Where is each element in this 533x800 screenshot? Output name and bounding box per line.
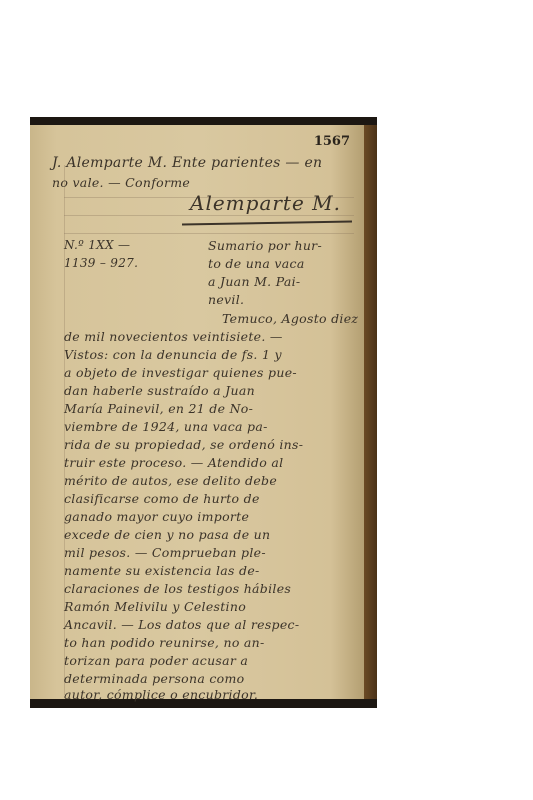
body-line: mil pesos. — Comprueban ple- [64, 545, 266, 560]
body-line: namente su existencia las de- [64, 563, 260, 578]
body-line: Vistos: con la denuncia de fs. 1 y [64, 347, 282, 362]
body-line: a objeto de investigar quienes pue- [64, 365, 297, 380]
signature: Alemparte M. [190, 191, 341, 215]
signature-underline [182, 221, 352, 225]
body-line: Temuco, Agosto diez [222, 311, 358, 326]
ledger-page: 1567 J. Alemparte M. Ente parientes — en… [30, 125, 364, 699]
body-line: María Painevil, en 21 de No- [64, 401, 253, 416]
body-line: ganado mayor cuyo importe [64, 509, 249, 524]
body-line: determinada persona como [64, 671, 244, 686]
body-line: excede de cien y no pasa de un [64, 527, 270, 542]
body-line: dan haberle sustraído a Juan [64, 383, 255, 398]
summary-line: a Juan M. Pai- [208, 274, 300, 289]
body-line: truir este proceso. — Atendido al [64, 455, 283, 470]
body-line: de mil novecientos veintisiete. — [64, 329, 283, 344]
body-line: rida de su propiedad, se ordenó ins- [64, 437, 303, 452]
body-line: Ancavil. — Los datos que al respec- [64, 617, 299, 632]
body-line: Ramón Melivilu y Celestino [64, 599, 246, 614]
body-line: torizan para poder acusar a [64, 653, 248, 668]
body-line: viembre de 1924, una vaca pa- [64, 419, 268, 434]
ruled-line [64, 215, 354, 216]
case-number: N.º 1XX — [64, 238, 130, 252]
document-photo: 1567 J. Alemparte M. Ente parientes — en… [30, 117, 377, 708]
case-reference: 1139 – 927. [64, 256, 138, 270]
body-line: mérito de autos, ese delito debe [64, 473, 277, 488]
summary-line: Sumario por hur- [208, 238, 322, 253]
summary-line: nevil. [208, 292, 244, 307]
body-line: to han podido reunirse, no an- [64, 635, 265, 650]
annotation-line: J. Alemparte M. Ente parientes — en [52, 155, 322, 171]
summary-line: to de una vaca [208, 256, 305, 271]
body-line: autor, cómplice o encubridor. [64, 687, 258, 702]
annotation-line: no vale. — Conforme [52, 175, 190, 190]
page-number: 1567 [314, 134, 350, 149]
body-line: clasificarse como de hurto de [64, 491, 260, 506]
ruled-line [64, 233, 354, 234]
binding-edge [364, 125, 377, 699]
body-line: claraciones de los testigos hábiles [64, 581, 291, 596]
